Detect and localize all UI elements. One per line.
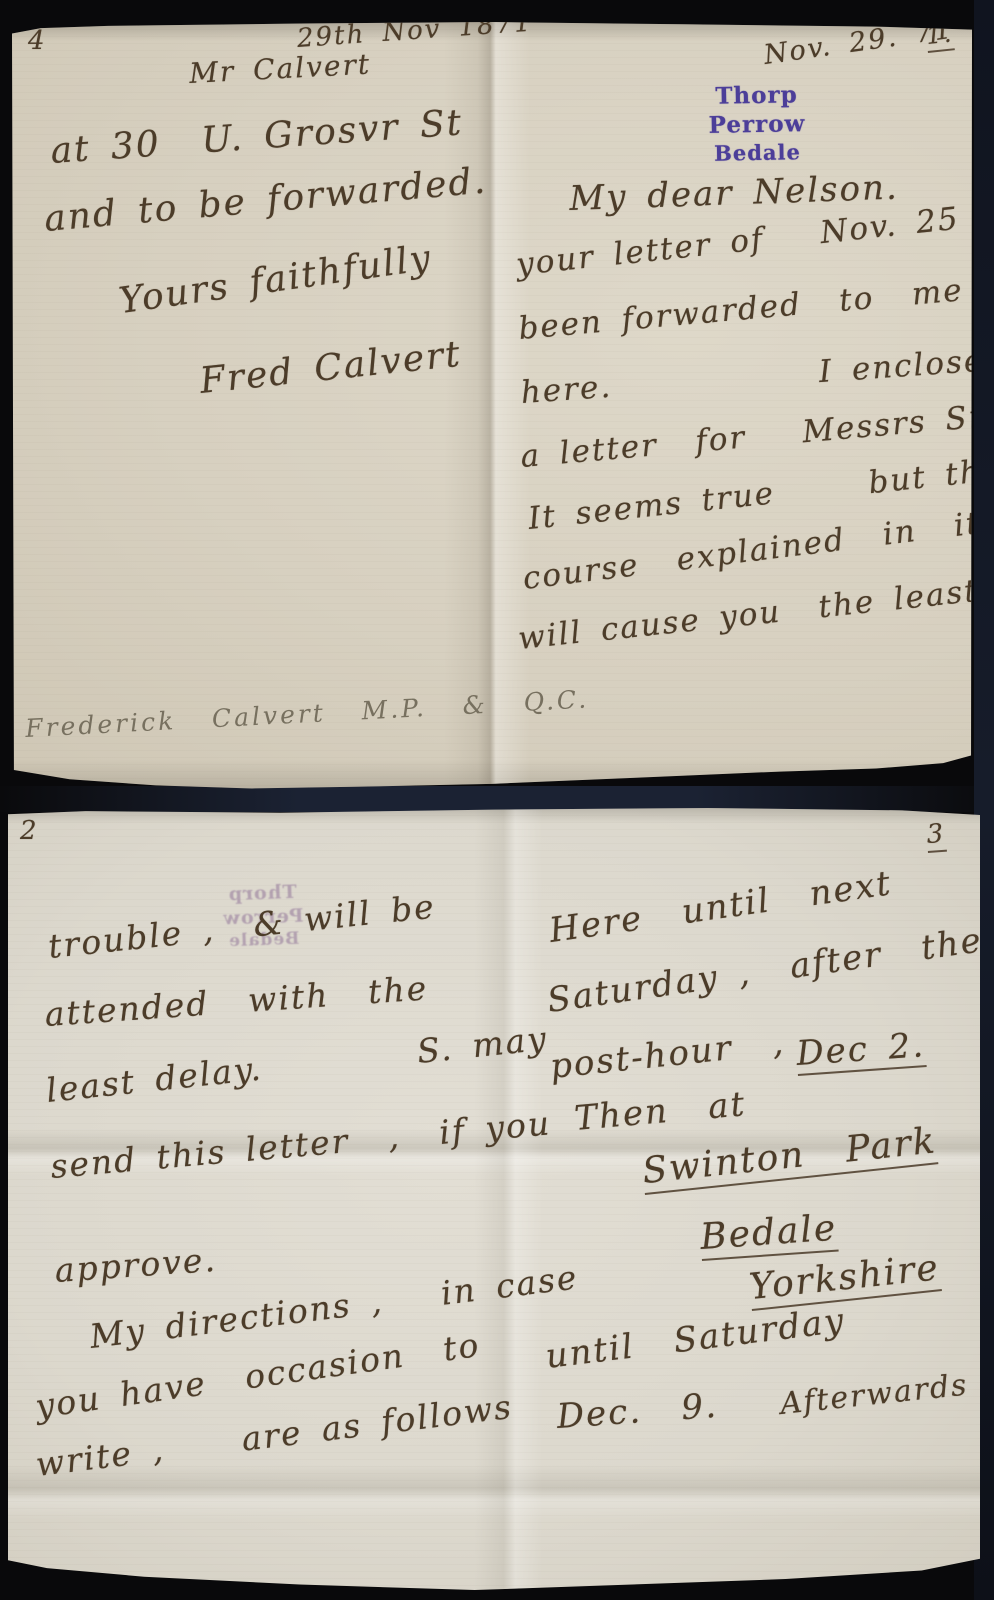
address-line: Yorkshire xyxy=(748,1250,942,1311)
handwritten-line: here. I enclose xyxy=(520,346,985,409)
handwritten-line: Here until next xyxy=(547,866,894,948)
letter-scan-photo: { "colors": { "background": "#09090b", "… xyxy=(0,0,994,1600)
handwritten-line: Dec. 9. xyxy=(556,1389,719,1434)
handwritten-line: send this letter , if you xyxy=(49,1106,552,1183)
handwritten-line: post-hour , xyxy=(548,1026,786,1084)
handwritten-line: Afterwards xyxy=(779,1370,970,1420)
sheet-bottom: 2 Thorp Perrow Bedale trouble , & will b… xyxy=(8,808,980,1590)
page-number: 2 xyxy=(20,818,39,844)
page-number: 4 xyxy=(28,28,47,54)
background-gap-band xyxy=(0,786,994,812)
valediction: Yours faithfully xyxy=(117,240,434,320)
handwritten-line: least delay. S. may xyxy=(45,1021,550,1107)
handwritten-line: until Saturday xyxy=(544,1304,847,1374)
address-line: Bedale xyxy=(699,1211,839,1261)
salutation: My dear Nelson. xyxy=(569,171,899,216)
letterhead-stamp: Thorp Perrow Bedale xyxy=(666,80,847,167)
handwritten-line: attended with the xyxy=(44,971,429,1031)
stamp-line-1: Thorp Perrow xyxy=(666,80,847,141)
sheet-top: 4 29th Nov 1871 Mr Calvert at 30 U. Gros… xyxy=(12,22,972,790)
underlined-date: Dec 2. xyxy=(795,1028,926,1076)
handwritten-line: at 30 U. Grosvr St xyxy=(49,105,464,170)
page-number: 3 xyxy=(926,821,947,853)
signature: Fred Calvert xyxy=(198,337,463,400)
pencil-annotation: Frederick Calvert M.P. & Q.C. xyxy=(25,686,590,741)
stamp-line-2: Bedale xyxy=(667,138,847,167)
handwritten-line: been forwarded to me xyxy=(517,275,964,345)
handwritten-line: Then at xyxy=(573,1087,747,1136)
letter-date: Nov. 29. 71 xyxy=(762,16,955,69)
handwritten-line: approve. xyxy=(54,1243,218,1287)
docket-name: Mr Calvert xyxy=(189,51,372,88)
handwritten-line: and to be forwarded. xyxy=(43,163,488,238)
address-line: Swinton Park xyxy=(641,1123,939,1195)
docket-date: 29th Nov 1871 xyxy=(296,10,533,52)
